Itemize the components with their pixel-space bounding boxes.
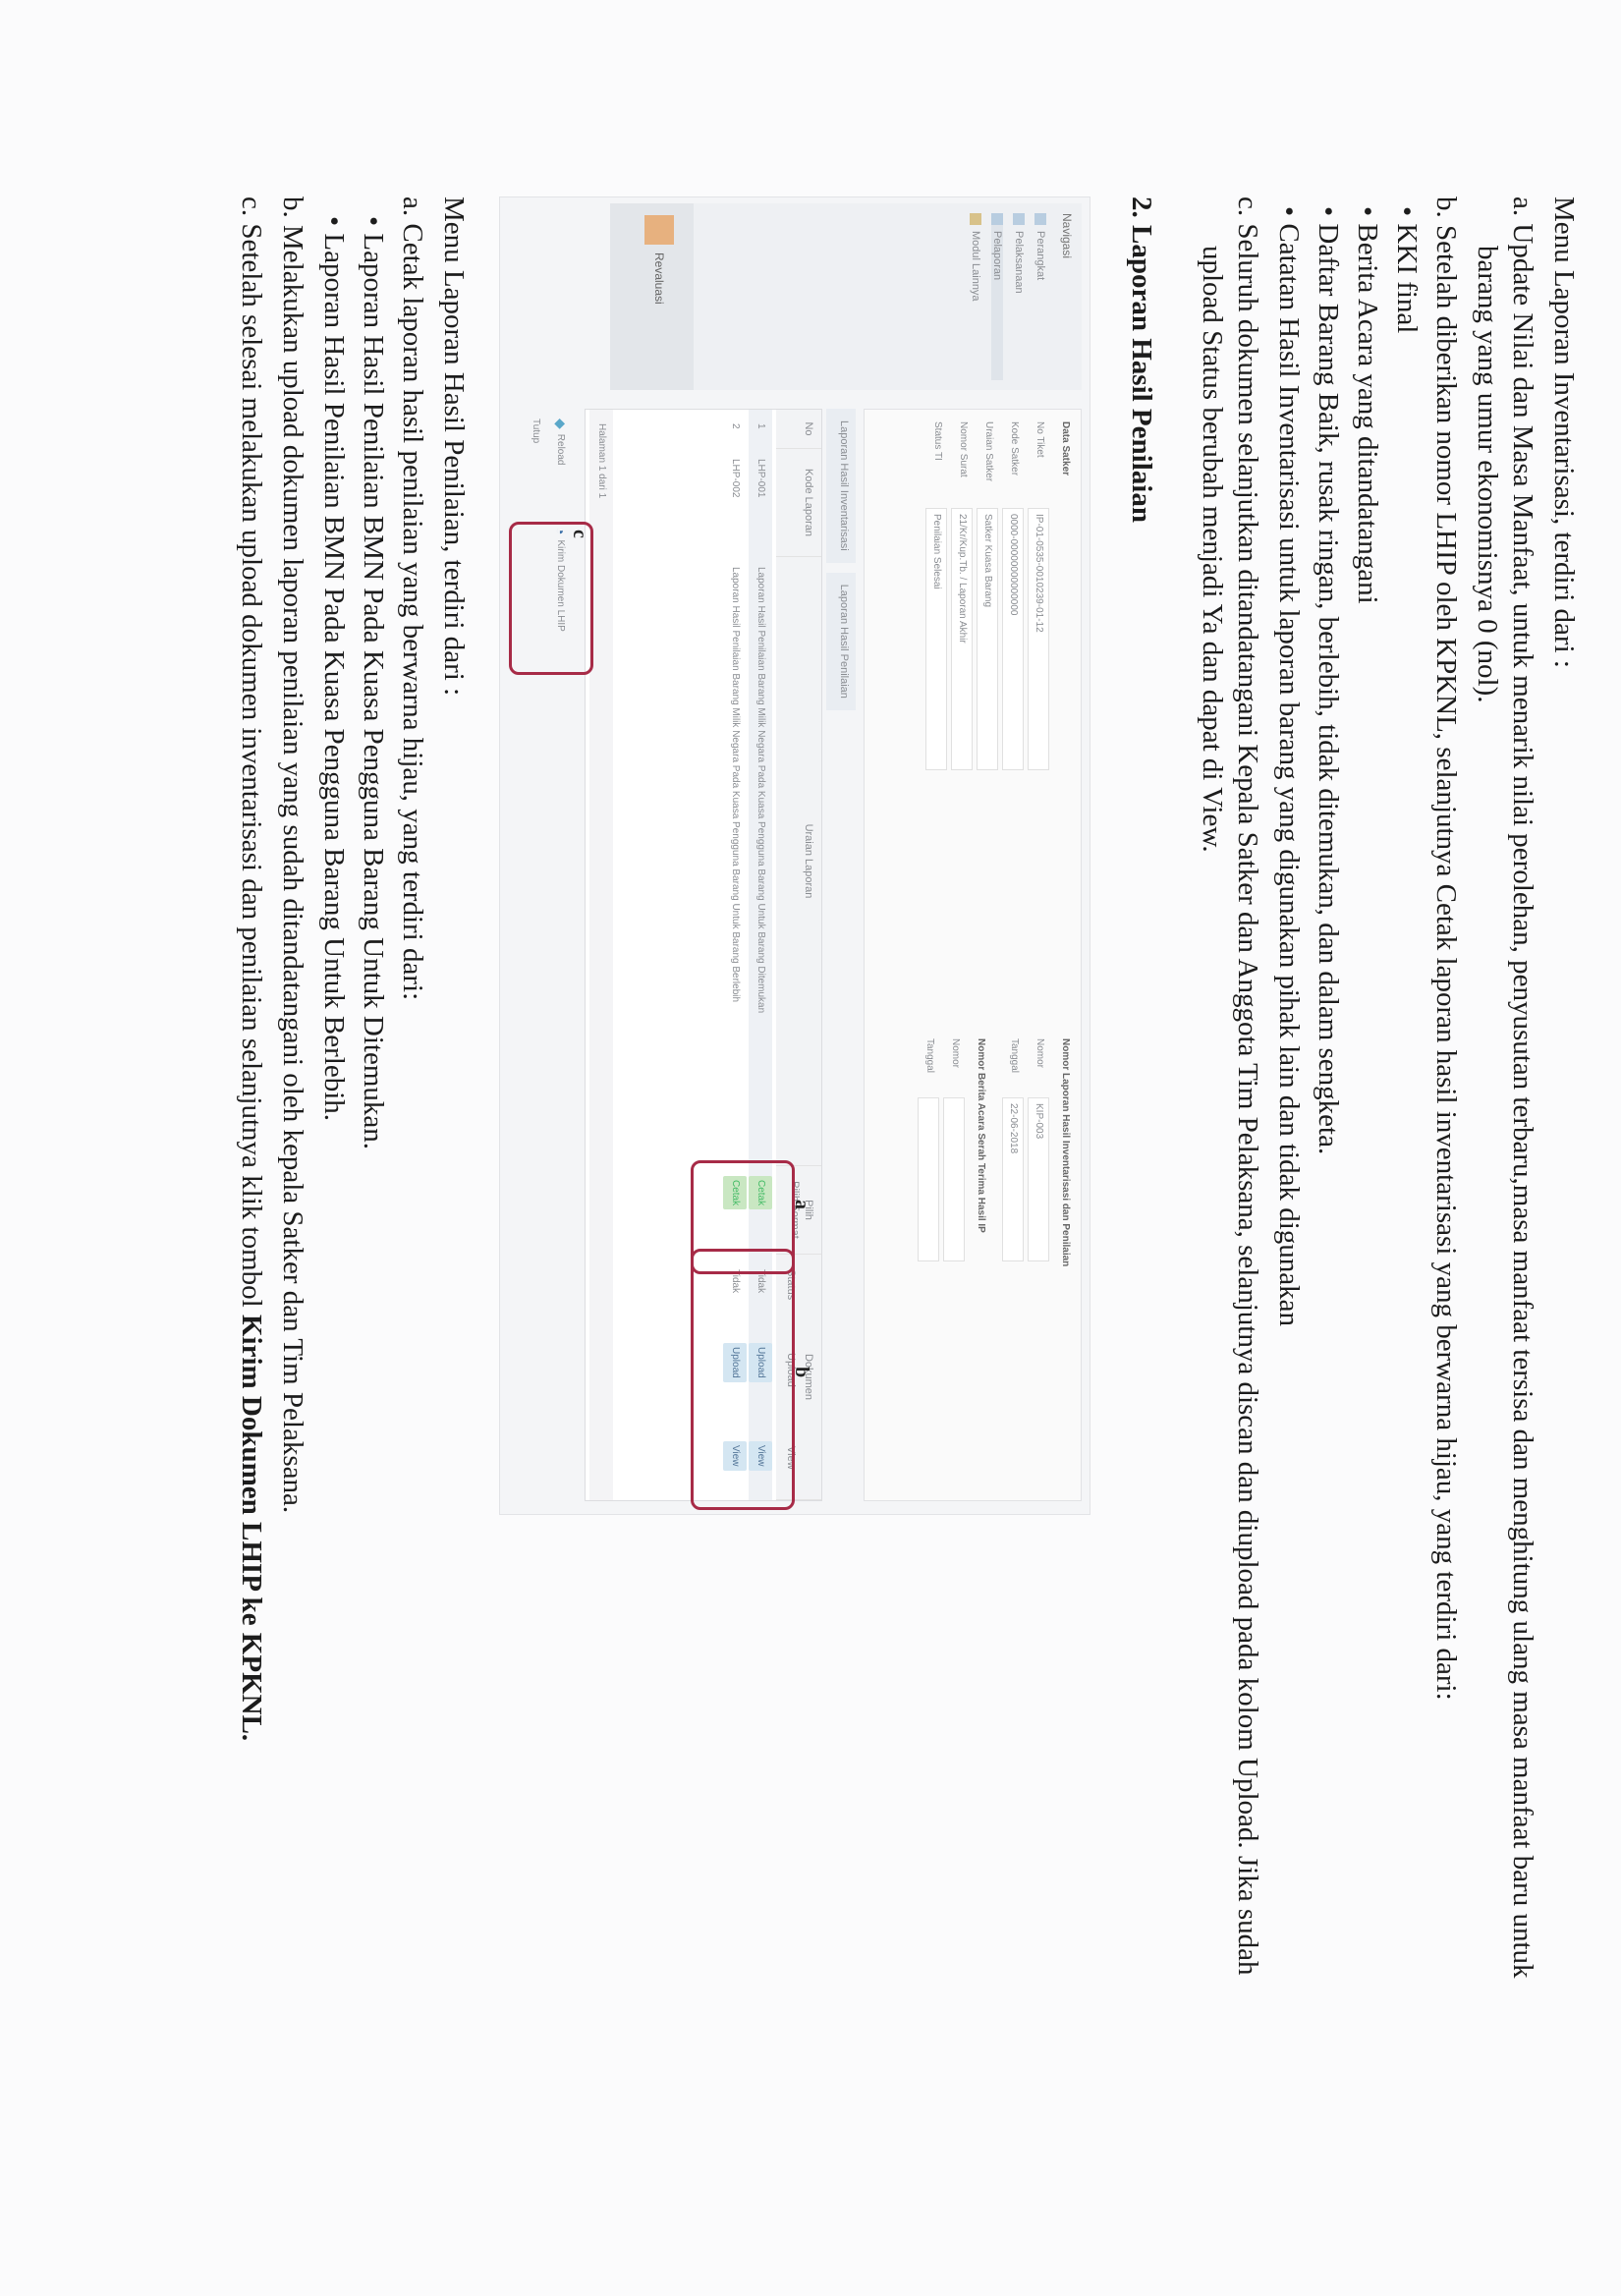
bullet-berita-acara: • Berita Acara yang ditandatangani: [1350, 206, 1385, 604]
field-ba-tanggal[interactable]: [918, 1097, 939, 1261]
inventarisasi-item-a-cont: barang yang umur ekonomisnya 0 (nol).: [1470, 246, 1505, 703]
nav-header: Navigasi: [1060, 213, 1074, 258]
reload-icon: ◆: [552, 419, 569, 429]
label-lhip-tanggal: Tanggal: [1009, 1038, 1020, 1073]
report-tabs: Laporan Hasil Inventarisasi Laporan Hasi…: [826, 409, 856, 1499]
highlight-label-b: b: [790, 1367, 812, 1377]
label-nomor-surat: Nomor Surat: [958, 421, 969, 477]
label-no-tiket: No Tiket: [1034, 421, 1045, 458]
info-title: Data Satker: [1060, 421, 1071, 476]
col-no: No: [776, 410, 821, 449]
inventarisasi-item-c-cont: upload Status berubah menjadi Ya dan dap…: [1195, 246, 1230, 853]
field-lhip-nomor[interactable]: KIP-003: [1028, 1097, 1049, 1261]
ba-number-title: Nomor Berita Acara Serah Terima Hasil IP: [976, 1038, 986, 1233]
section-heading-penilaian: 2. Laporan Hasil Penilaian: [1124, 196, 1159, 523]
nav-item-pelaporan[interactable]: Pelaporan: [991, 213, 1003, 380]
highlight-box-b: [691, 1249, 795, 1510]
bullet-kki: • KKI final: [1389, 206, 1425, 333]
highlight-box-c: [509, 522, 593, 675]
bullet-daftar-barang: • Daftar Barang Baik, rusak ringan, berl…: [1311, 206, 1346, 1154]
satker-info-panel: Data Satker No Tiket IP-01-0535-0010239-…: [864, 409, 1082, 1501]
nav-item-modul-lainnya[interactable]: Modul Lainnya: [970, 213, 981, 302]
bullet-ditemukan: • Laporan Hasil Penilaian BMN Pada Kuasa…: [356, 216, 391, 1149]
nav-footer-label: Revaluasi: [652, 252, 666, 305]
revaluasi-logo-icon: [644, 215, 674, 245]
tab-laporan-hasil-inventarisasi[interactable]: Laporan Hasil Inventarisasi: [826, 409, 856, 563]
penilaian-item-c: c. Setelah selesai melakukan upload doku…: [234, 196, 269, 1741]
close-button[interactable]: Tutup: [531, 419, 541, 443]
report-icon: [991, 213, 1003, 225]
inventarisasi-item-b: b. Setelah diberikan nomor LHIP oleh KPK…: [1428, 196, 1464, 1701]
nav-item-pelaksanaan[interactable]: Pelaksanaan: [1013, 213, 1025, 294]
label-lhip-nomor: Nomor: [1034, 1038, 1045, 1068]
col-kode: Kode Laporan: [776, 449, 821, 557]
inventarisasi-item-a: a. Update Nilai dan Masa Manfaat, untuk …: [1505, 196, 1540, 1979]
lhip-number-title: Nomor Laporan Hasil Inventarisasi dan Pe…: [1060, 1038, 1071, 1266]
kirim-dokumen-emphasis: Kirim Dokumen LHIP ke KPKNL.: [236, 1315, 267, 1741]
field-lhip-tanggal[interactable]: 22-06-2018: [1002, 1097, 1024, 1261]
folder-icon: [1034, 213, 1046, 225]
highlight-label-c: c: [568, 530, 590, 538]
field-status: Penilaian Selesai: [925, 508, 947, 770]
label-status: Status TI: [932, 421, 943, 461]
bullet-catatan: • Catatan Hasil Inventarisasi untuk lapo…: [1271, 206, 1307, 1326]
field-ba-nomor[interactable]: [943, 1097, 965, 1261]
field-no-tiket: IP-01-0535-0010239-01-12: [1028, 508, 1049, 770]
bullet-berlebih: • Laporan Hasil Penilaian BMN Pada Kuasa…: [316, 216, 352, 1121]
nav-footer: Revaluasi: [610, 203, 694, 390]
field-uraian-satker: Satker Kuasa Barang: [977, 508, 998, 770]
nav-item-perangkat[interactable]: Perangkat: [1034, 213, 1046, 280]
embedded-app-screenshot: Navigasi Perangkat Pelaksanaan Pelaporan…: [499, 196, 1090, 1515]
penilaian-item-a: a. Cetak laporan hasil penilaian yang be…: [395, 196, 430, 1000]
penilaian-item-b: b. Melakukan upload dokumen laporan peni…: [275, 196, 310, 1513]
grid-icon: [970, 213, 981, 225]
col-uraian: Uraian Laporan: [776, 557, 821, 1166]
navigation-panel: Navigasi Perangkat Pelaksanaan Pelaporan…: [610, 203, 1082, 390]
label-ba-tanggal: Tanggal: [924, 1038, 935, 1073]
field-kode-satker: 0000-00000000000000: [1002, 508, 1024, 770]
document-page: Menu Laporan Inventarisasi, terdiri dari…: [0, 0, 1621, 2296]
highlight-label-a: a: [790, 1200, 812, 1209]
inventarisasi-item-c: c. Seluruh dokumen selanjutkan ditandata…: [1230, 196, 1265, 1976]
label-uraian-satker: Uraian Satker: [983, 421, 994, 481]
penilaian-intro: Menu Laporan Hasil Penilaian, terdiri da…: [436, 196, 472, 696]
field-nomor-surat: 21/Kr/Kup.Tb. / Laporan Akhir: [951, 508, 973, 770]
folder-icon: [1013, 213, 1025, 225]
label-ba-nomor: Nomor: [950, 1038, 961, 1068]
label-kode-satker: Kode Satker: [1009, 421, 1020, 476]
inventarisasi-intro: Menu Laporan Inventarisasi, terdiri dari…: [1546, 196, 1582, 668]
tab-laporan-hasil-penilaian[interactable]: Laporan Hasil Penilaian: [826, 573, 856, 710]
reload-button[interactable]: ◆Reload: [552, 419, 569, 465]
